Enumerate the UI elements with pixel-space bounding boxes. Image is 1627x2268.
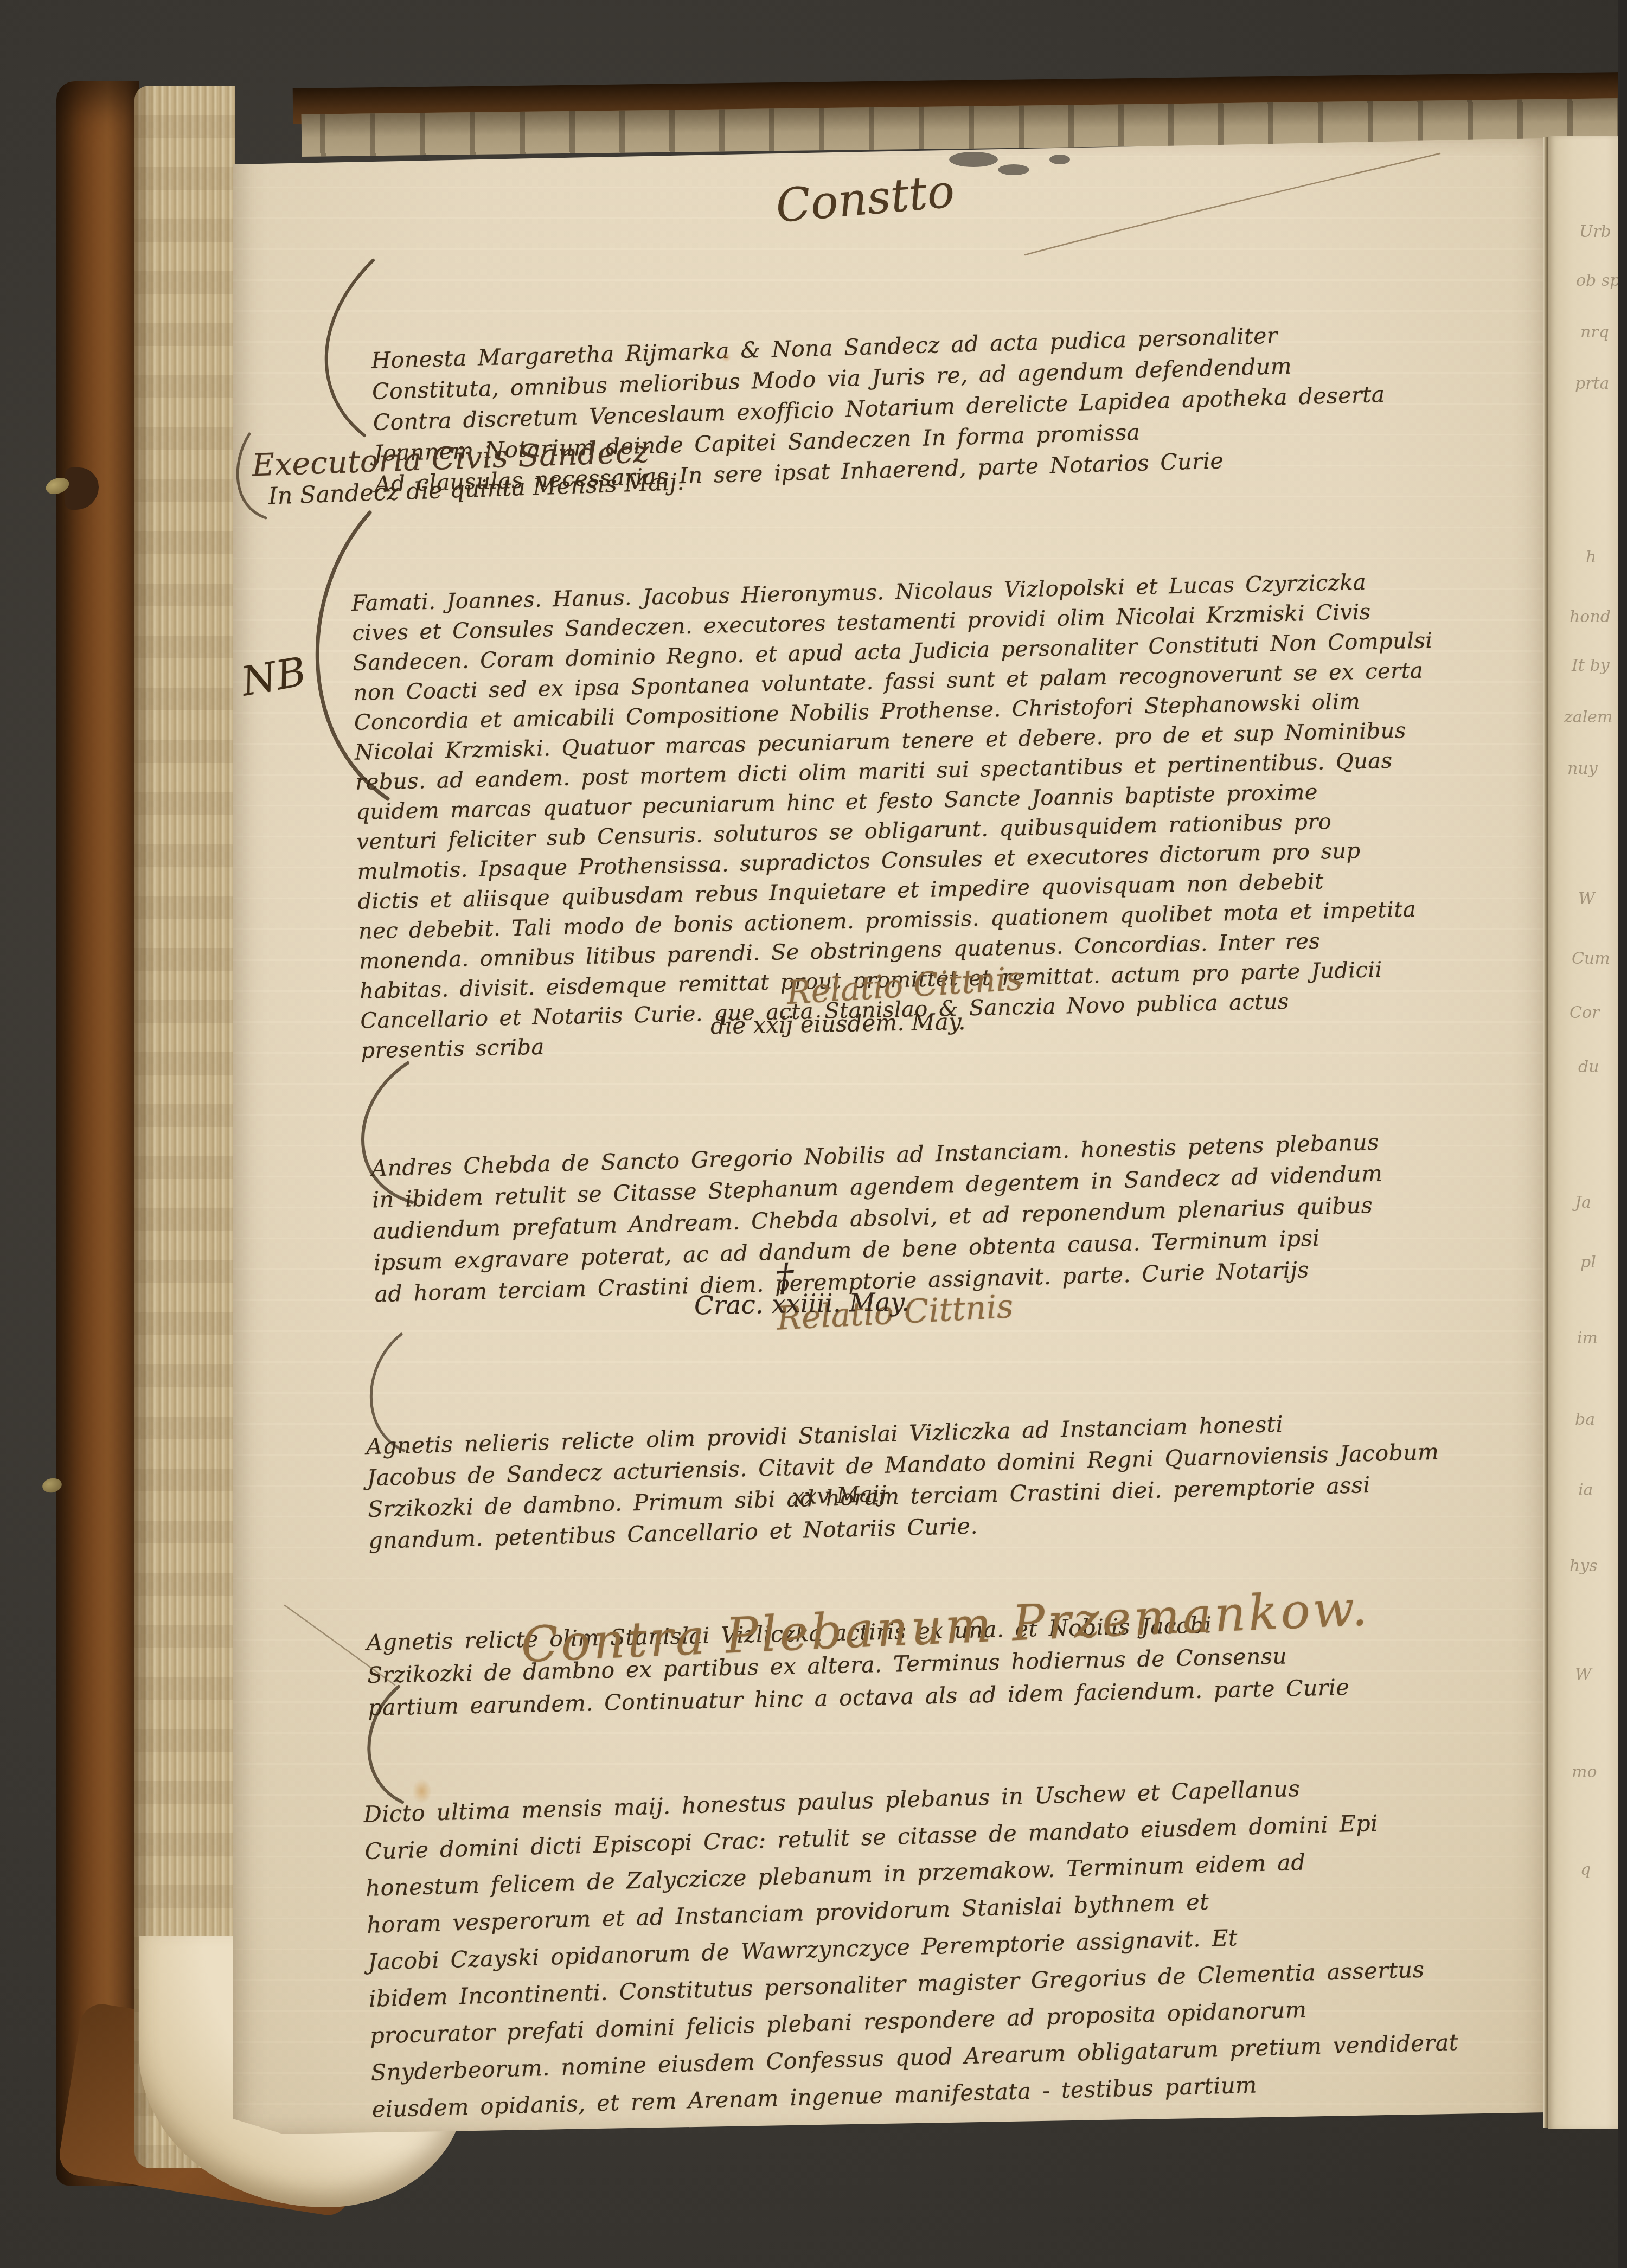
bleed-through-fragment: du bbox=[1578, 1058, 1599, 1077]
bleed-through-fragment: hys bbox=[1570, 1556, 1598, 1575]
bleed-through-fragment: W bbox=[1578, 889, 1595, 908]
paper-stain bbox=[721, 353, 731, 362]
ink-smudge bbox=[1049, 155, 1070, 164]
bleed-through-fragment: nrq bbox=[1580, 323, 1609, 342]
paper-stain bbox=[412, 1779, 432, 1804]
ink-flourish-strokes bbox=[233, 138, 1546, 2134]
bleed-through-fragment: q bbox=[1580, 1860, 1591, 1879]
book-leather-cover-left bbox=[56, 81, 139, 2186]
bleed-through-fragment: h bbox=[1586, 548, 1596, 567]
next-page-edge: Urbob spnrqprtahhondIt byzalemnuyWCumCor… bbox=[1548, 136, 1620, 2129]
bleed-through-fragment: Ja bbox=[1575, 1193, 1591, 1212]
ink-smudge bbox=[998, 164, 1029, 175]
bleed-through-fragment: zalem bbox=[1564, 708, 1613, 727]
bleed-through-fragment: W bbox=[1575, 1665, 1592, 1684]
bleed-through-fragment: It by bbox=[1572, 656, 1610, 675]
bleed-through-fragment: Cor bbox=[1570, 1003, 1599, 1022]
manuscript-page: NB Constto Honesta Margaretha Rijmarka &… bbox=[233, 138, 1546, 2134]
bleed-through-fragment: Urb bbox=[1579, 222, 1611, 241]
bleed-through-fragment: ob sp bbox=[1576, 271, 1620, 290]
page-gutter-edge bbox=[1543, 137, 1548, 2128]
bleed-through-fragment: ia bbox=[1578, 1481, 1593, 1500]
page-block-fore-edges bbox=[134, 86, 235, 2168]
bleed-through-fragment: im bbox=[1577, 1329, 1598, 1348]
bleed-through-fragment: ba bbox=[1575, 1410, 1595, 1429]
photographed-manuscript: { "document": { "kind": "handwritten cou… bbox=[0, 0, 1627, 2268]
bleed-through-fragment: pl bbox=[1580, 1253, 1596, 1272]
ink-smudge bbox=[949, 152, 998, 167]
bleed-through-fragment: prta bbox=[1575, 374, 1610, 393]
bleed-through-fragment: mo bbox=[1572, 1763, 1597, 1782]
bleed-through-fragment: Cum bbox=[1572, 949, 1610, 968]
bleed-through-fragment: hond bbox=[1570, 607, 1611, 626]
backdrop-right-shadow bbox=[1618, 0, 1627, 2268]
bleed-through-fragment: nuy bbox=[1567, 759, 1598, 778]
